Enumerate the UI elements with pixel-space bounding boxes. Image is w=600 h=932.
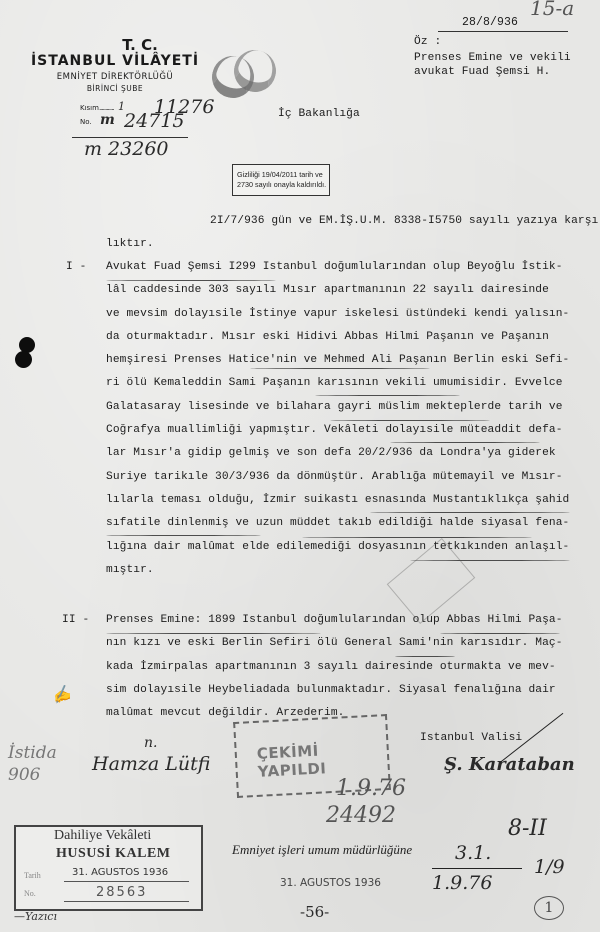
body-line: lığına dair malûmat elde edilemediği dos… bbox=[106, 536, 569, 559]
body-line: lâl caddesinde 303 sayılı Mısır apartman… bbox=[106, 279, 569, 302]
hususi-kalem-stamp: Dahiliye Vekâleti HUSUSİ KALEM 31. AGUST… bbox=[14, 825, 203, 911]
intro-line-2: lıktır. bbox=[106, 233, 154, 256]
section-2-marker: II - bbox=[62, 609, 89, 632]
hand-note-right: 8-II bbox=[508, 816, 547, 841]
cekim-number: 24492 bbox=[326, 803, 396, 828]
pen-underline bbox=[440, 633, 560, 634]
section-1-marker: I - bbox=[66, 256, 86, 279]
cekim-stamp-text: ÇEKİMİ YAPILDI bbox=[256, 738, 388, 781]
letterhead-vilayet: İSTANBUL VİLÂYETİ bbox=[30, 53, 200, 69]
pen-underline bbox=[106, 280, 276, 281]
pen-underline bbox=[370, 512, 570, 513]
margin-initial-mark: ✍ bbox=[49, 683, 73, 706]
corner-note: 15-a bbox=[530, 0, 574, 20]
no-value: 24715 bbox=[124, 110, 184, 132]
body-line: sim dolayısile Heybeliadada bulunmaktadı… bbox=[106, 679, 563, 702]
pen-underline bbox=[106, 633, 321, 634]
pen-underline bbox=[390, 442, 540, 443]
letterhead-tc: T. C. bbox=[60, 36, 220, 54]
pen-underline bbox=[302, 537, 532, 538]
letterhead-directorate: EMNİYET DİREKTÖRLÜĞÜ bbox=[40, 72, 190, 82]
body-line: lar Mısır'a gidip gelmiş ve son defa 20/… bbox=[106, 442, 569, 465]
body-line: Prenses Emine: 1899 Istanbul doğumluları… bbox=[106, 609, 563, 632]
subject-line-2: avukat Fuad Şemsi H. bbox=[414, 66, 550, 79]
kalem-signature: —Yazıcı bbox=[14, 910, 57, 923]
body-line: Coğrafya muallimliği yapmıştır. Vekâleti… bbox=[106, 419, 569, 442]
left-signature: Hamza Lütfi bbox=[92, 753, 210, 775]
subject-line-1: Prenses Emine ve vekili bbox=[414, 52, 571, 65]
body-line: ri ölü Kemaleddin Sami Paşanın karısının… bbox=[106, 372, 569, 395]
circled-number-text: 1 bbox=[545, 900, 554, 916]
intro-line-1: 2I/7/936 gün ve EM.İŞ.U.M. 8338-I5750 sa… bbox=[210, 210, 600, 233]
letterhead-branch: BİRİNCİ ŞUBE bbox=[60, 84, 170, 93]
kalem-rule bbox=[64, 881, 189, 882]
footer-date-stamp: 31. AGUSTOS 1936 bbox=[280, 877, 381, 889]
pen-underline bbox=[250, 368, 430, 369]
declassification-line-2: 2730 sayılı onayla kaldırıldı. bbox=[237, 180, 329, 190]
declassification-line-1: Gizliliği 19/04/2011 tarih ve bbox=[237, 170, 329, 180]
body-line: Avukat Fuad Şemsi I299 Istanbul doğumlul… bbox=[106, 256, 569, 279]
left-signature-initials: n. bbox=[144, 735, 157, 751]
circled-number: 1 bbox=[534, 896, 564, 920]
signature-name: Ş. Karataban bbox=[444, 754, 575, 775]
body-line: kada İzmirpalas apartmanının 3 sayılı da… bbox=[106, 656, 563, 679]
kalem-line-2: HUSUSİ KALEM bbox=[56, 846, 171, 862]
pen-underline bbox=[106, 535, 261, 536]
declassification-stamp: Gizliliği 19/04/2011 tarih ve 2730 sayıl… bbox=[232, 164, 330, 196]
kisim-label: Kısım............ bbox=[80, 104, 114, 112]
second-number: m 23260 bbox=[84, 138, 169, 160]
margin-note-text: İstida 906 bbox=[8, 743, 57, 785]
body-line: da oturmaktadır. Mısır eski Hidivi Abbas… bbox=[106, 326, 569, 349]
body-line: lılarla teması olduğu, İzmir suikastı es… bbox=[106, 489, 569, 512]
body-line: nın kızı ve eski Berlin Sefiri ölü Gener… bbox=[106, 632, 563, 655]
subject-label: Öz : bbox=[414, 36, 441, 49]
body-line: Galatasaray lisesinde ve bilahara gayri … bbox=[106, 396, 569, 419]
page-number: -56- bbox=[300, 903, 329, 921]
recipient: İç Bakanlığa bbox=[278, 108, 360, 121]
section-1: Avukat Fuad Şemsi I299 Istanbul doğumlul… bbox=[106, 256, 569, 582]
kalem-rule bbox=[64, 901, 189, 902]
hand-side-note: 1/9 bbox=[534, 856, 565, 878]
hand-fraction-top: 3.1. bbox=[455, 842, 491, 864]
body-line: Suriye tarikıle 30/3/936 da dönmüştür. A… bbox=[106, 466, 569, 489]
fraction-bar bbox=[432, 868, 522, 869]
ink-blot bbox=[15, 351, 32, 368]
body-line: sıfatile dinlenmiş ve uzun müddet takıb … bbox=[106, 512, 569, 535]
forward-line: Emniyet işleri umum müdürlüğüne bbox=[232, 842, 412, 858]
signature-title: Istanbul Valisi bbox=[420, 732, 522, 745]
kalem-number: 28563 bbox=[96, 885, 147, 900]
body-line: ve mevsim dolayısile İstinye vapur iskel… bbox=[106, 303, 569, 326]
margin-note: İstida 906 bbox=[8, 742, 58, 786]
body-line: mıştır. bbox=[106, 559, 569, 582]
pen-underline bbox=[395, 656, 455, 657]
kalem-no-label: No. bbox=[24, 889, 36, 898]
section-2: Prenses Emine: 1899 Istanbul doğumluları… bbox=[106, 609, 563, 725]
kalem-date: 31. AGUSTOS 1936 bbox=[72, 867, 168, 878]
date-underline bbox=[438, 31, 568, 32]
pen-underline bbox=[315, 395, 460, 396]
hand-fraction-bottom: 1.9.76 bbox=[432, 872, 492, 894]
cekim-date: 1.9.76 bbox=[336, 776, 406, 801]
pen-underline bbox=[330, 420, 490, 421]
no-label: No. bbox=[80, 118, 92, 126]
kisim-label-text: Kısım bbox=[80, 104, 99, 112]
kalem-line-1: Dahiliye Vekâleti bbox=[54, 828, 151, 844]
kalem-tarih-label: Tarih bbox=[24, 871, 41, 880]
no-prefix: m bbox=[100, 112, 115, 128]
